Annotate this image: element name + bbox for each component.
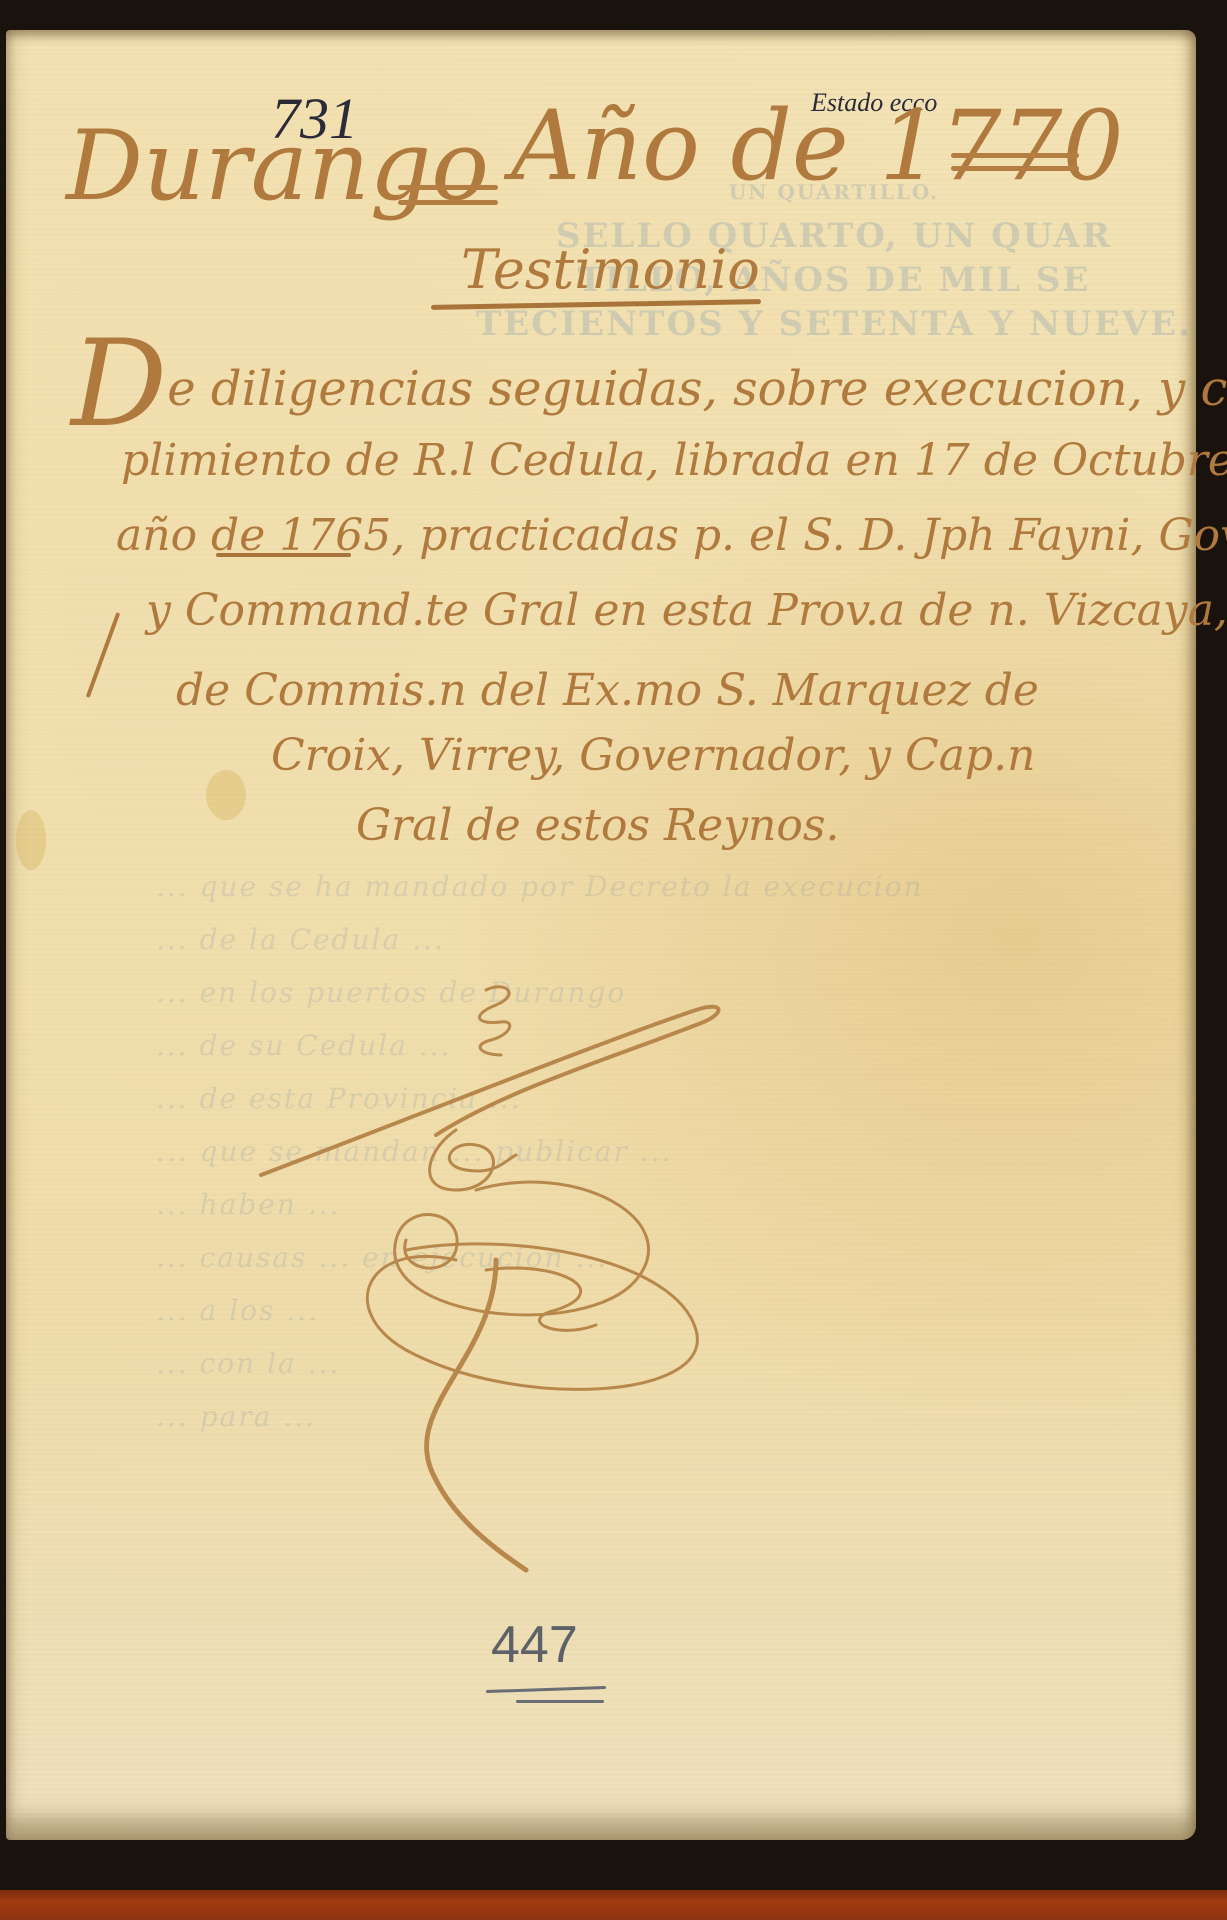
drop-cap: D	[71, 315, 167, 454]
bleed-line: ... de la Cedula ...	[156, 913, 1056, 966]
body-line-4: y Command.te Gral en esta Prov.a de n. V…	[146, 585, 1227, 636]
decorative-rule	[951, 153, 1079, 158]
year-underline	[216, 553, 351, 557]
manuscript-page: UN QUARTILLO. SELLO QUARTO, UN QUAR TILL…	[6, 30, 1196, 1840]
background-band	[0, 1890, 1227, 1920]
margin-flourish	[86, 612, 121, 698]
bleed-line: ... que se ha mandado por Decreto la exe…	[156, 860, 1056, 913]
body-line-5: de Commis.n del Ex.mo S. Marquez de	[176, 665, 1039, 716]
pencil-folio-number: 447	[491, 1615, 578, 1675]
body-line-1: De diligencias seguidas, sobre execucion…	[71, 315, 1227, 454]
pencil-underline	[516, 1700, 604, 1703]
year-heading: Año de 1770	[511, 90, 1124, 202]
body-line-6: Croix, Virrey, Governador, y Cap.n	[271, 730, 1035, 781]
decorative-rule	[398, 185, 498, 190]
document-title: Testimonio	[461, 238, 760, 301]
ink-stain	[16, 810, 46, 870]
line-text: e diligencias seguidas, sobre execucion,…	[167, 361, 1227, 417]
body-line-2: plimiento de R.l Cedula, librada en 17 d…	[121, 435, 1227, 486]
pencil-underline	[486, 1686, 606, 1693]
body-line-7: Gral de estos Reynos.	[356, 800, 839, 851]
rubric-signature-icon	[256, 960, 876, 1580]
ink-stain	[206, 770, 246, 820]
decorative-rule	[398, 200, 498, 205]
place-heading: Durango	[66, 110, 489, 222]
decorative-rule	[951, 166, 1079, 171]
